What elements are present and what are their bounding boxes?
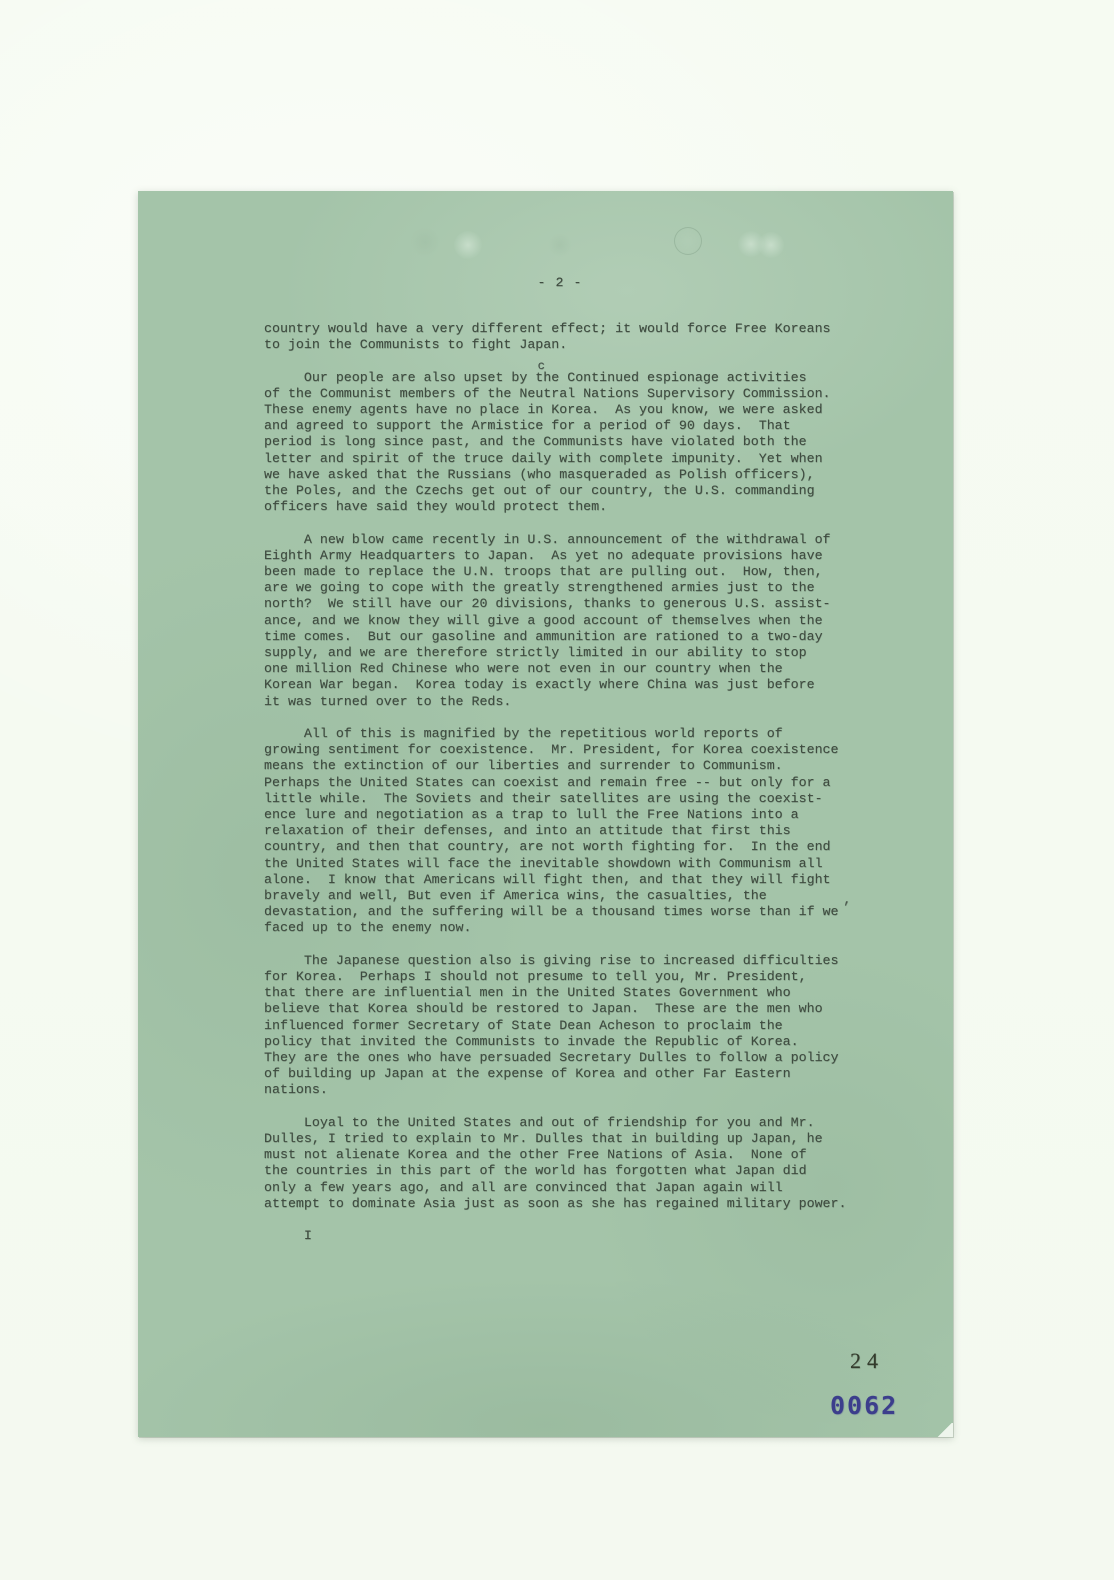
paragraph-text: country would have a very different effe…: [264, 321, 864, 353]
paragraph: All of this is magnified by the repetiti…: [264, 726, 864, 937]
glue-spot-mark: [738, 231, 764, 257]
glue-spot-mark: [410, 227, 440, 257]
page-stamp: 24: [850, 1348, 884, 1374]
paragraph: Loyal to the United States and out of fr…: [264, 1115, 864, 1212]
letter-body: country would have a very different effe…: [264, 321, 864, 1261]
page-number: - 2 -: [264, 275, 856, 290]
paragraph-text: A new blow came recently in U.S. announc…: [264, 532, 864, 710]
paragraph: A new blow came recently in U.S. announc…: [264, 532, 864, 710]
scan-background: - 2 - country would have a very differen…: [0, 0, 1114, 1580]
typed-correction-mark: c: [538, 361, 545, 371]
paragraph-text: The Japanese question also is giving ris…: [264, 953, 864, 1099]
paragraph: The Japanese question also is giving ris…: [264, 953, 864, 1099]
paragraph: Our people are also upset by the Continu…: [264, 370, 864, 516]
paragraph-text: I: [264, 1228, 864, 1244]
archive-number-stamp: 0062: [830, 1391, 898, 1420]
paragraph-text: All of this is magnified by the repetiti…: [264, 726, 864, 937]
glue-spot-mark: [548, 233, 572, 257]
paragraph: country would have a very different effe…: [264, 321, 864, 353]
glue-spot-mark: [674, 227, 702, 255]
paragraph-closing-letter: I: [264, 1228, 864, 1244]
stray-comma-mark: ,: [843, 892, 851, 907]
glue-spot-mark: [758, 232, 784, 258]
paragraph-text: Our people are also upset by the Continu…: [264, 370, 864, 516]
document-page: - 2 - country would have a very differen…: [138, 191, 953, 1437]
paper-corner-chip: [937, 1423, 953, 1437]
paragraph-text: Loyal to the United States and out of fr…: [264, 1115, 864, 1212]
glue-spot-mark: [454, 231, 482, 259]
